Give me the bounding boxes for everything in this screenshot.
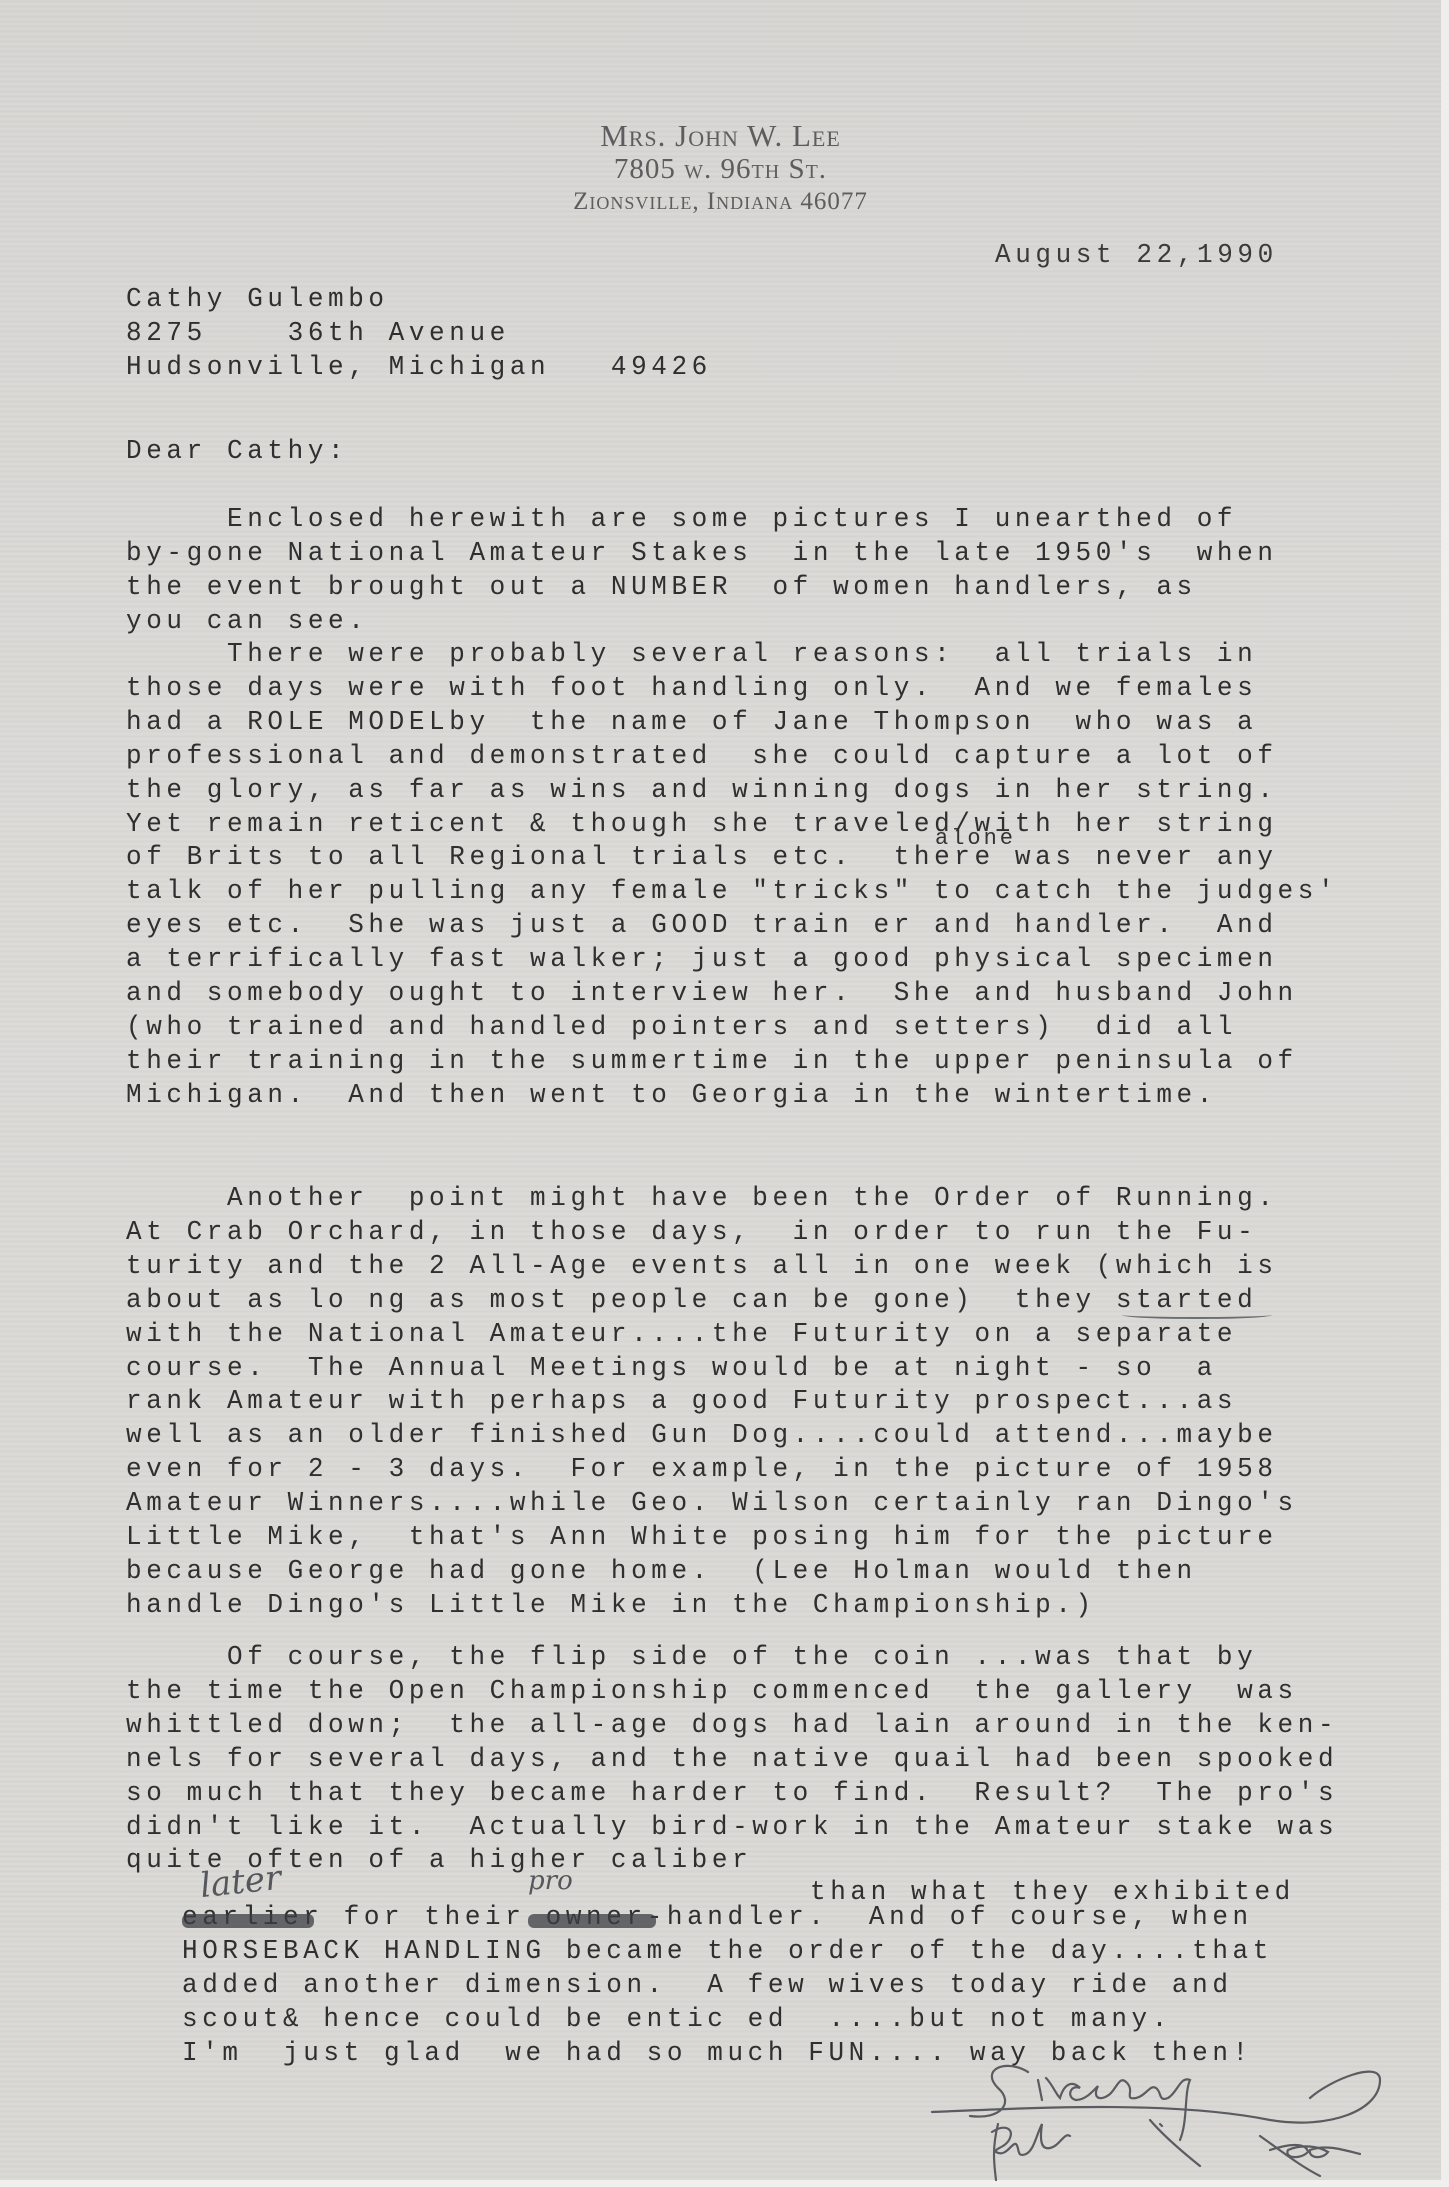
body-line: At Crab Orchard, in those days, in order…	[126, 1215, 1257, 1250]
body-line: professional and demonstrated she could …	[126, 738, 1278, 773]
letter-date: August 22,1990	[995, 238, 1278, 273]
body-line: Yet remain reticent & though she travele…	[126, 806, 1278, 841]
body-line: didn't like it. Actually bird-work in th…	[126, 1809, 1338, 1844]
body-line: by-gone National Amateur Stakes in the l…	[126, 536, 1278, 571]
body-line: earlier for their owner-handler. And of …	[182, 1900, 1253, 1935]
body-line: eyes etc. She was just a GOOD train er a…	[126, 908, 1278, 943]
annotation-alone: alone	[935, 826, 1016, 851]
body-line: the time the Open Championship commenced…	[126, 1674, 1298, 1709]
body-line: (who trained and handled pointers and se…	[126, 1010, 1237, 1045]
body-line: of Brits to all Regional trials etc. the…	[126, 840, 1278, 875]
page-edge-right	[1441, 0, 1449, 2187]
body-line: course. The Annual Meetings would be at …	[126, 1350, 1217, 1385]
letterhead-name: Mrs. John W. Lee	[0, 118, 1441, 154]
body-line: nels for several days, and the native qu…	[126, 1741, 1338, 1776]
recipient-name: Cathy Gulembo	[126, 282, 389, 317]
body-line: added another dimension. A few wives tod…	[182, 1967, 1233, 2002]
signature	[910, 2050, 1430, 2187]
salutation: Dear Cathy:	[126, 434, 348, 469]
body-line: Enclosed herewith are some pictures I un…	[126, 502, 1237, 537]
body-line: handle Dingo's Little Mike in the Champi…	[126, 1587, 1096, 1622]
annotation-pro: pro	[528, 1866, 573, 1896]
body-line: about as lo ng as most people can be gon…	[126, 1282, 1257, 1317]
body-line: had a ROLE MODELby the name of Jane Thom…	[126, 704, 1257, 739]
body-line: so much that they became harder to find.…	[126, 1775, 1338, 1810]
body-line: even for 2 - 3 days. For example, in the…	[126, 1452, 1278, 1487]
body-line: the glory, as far as wins and winning do…	[126, 772, 1278, 807]
body-line: HORSEBACK HANDLING became the order of t…	[182, 1934, 1273, 1969]
body-line: There were probably several reasons: all…	[126, 637, 1257, 672]
body-line: Amateur Winners....while Geo. Wilson cer…	[126, 1486, 1298, 1521]
letterhead-street: 7805 w. 96th St.	[0, 153, 1441, 186]
body-line: because George had gone home. (Lee Holma…	[126, 1554, 1197, 1589]
body-line: and somebody ought to interview her. She…	[126, 976, 1298, 1011]
body-line: Another point might have been the Order …	[126, 1181, 1278, 1216]
body-line: those days were with foot handling only.…	[126, 671, 1257, 706]
body-line: talk of her pulling any female "tricks" …	[126, 874, 1338, 909]
body-line: well as an older finished Gun Dog....cou…	[126, 1418, 1278, 1453]
letterhead-city: Zionsville, Indiana 46077	[0, 188, 1441, 216]
body-line: scout& hence could be entic ed ....but n…	[182, 2001, 1172, 2036]
underline-started	[1122, 1311, 1272, 1319]
body-line: Of course, the flip side of the coin ...…	[126, 1640, 1257, 1675]
body-line: with the National Amateur....the Futurit…	[126, 1316, 1237, 1351]
body-line: a terrifically fast walker; just a good …	[126, 942, 1278, 977]
body-line: rank Amateur with perhaps a good Futurit…	[126, 1384, 1237, 1419]
annotation-later: later	[198, 1858, 283, 1906]
body-line: you can see.	[126, 603, 368, 638]
strikeout-earlier	[182, 1914, 314, 1928]
body-line: their training in the summertime in the …	[126, 1043, 1298, 1078]
body-line: Little Mike, that's Ann White posing him…	[126, 1520, 1278, 1555]
body-line: the event brought out a NUMBER of women …	[126, 569, 1197, 604]
recipient-city: Hudsonville, Michigan 49426	[126, 350, 712, 385]
body-line: turity and the 2 All-Age events all in o…	[126, 1248, 1278, 1283]
body-line: Michigan. And then went to Georgia in th…	[126, 1077, 1217, 1112]
body-line: whittled down; the all-age dogs had lain…	[126, 1707, 1338, 1742]
recipient-street: 8275 36th Avenue	[126, 316, 510, 351]
strikeout-owner	[528, 1914, 656, 1928]
